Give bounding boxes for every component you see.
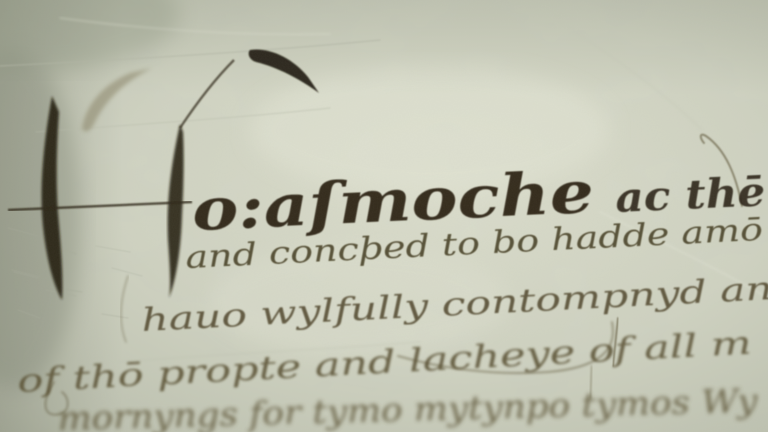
manuscript-photo: o:aſmoche ac thē and concþed to bo hadde… bbox=[0, 0, 768, 432]
photo-grain-overlay bbox=[0, 0, 768, 432]
manuscript-photo-frame: o:aſmoche ac thē and concþed to bo hadde… bbox=[0, 0, 768, 432]
